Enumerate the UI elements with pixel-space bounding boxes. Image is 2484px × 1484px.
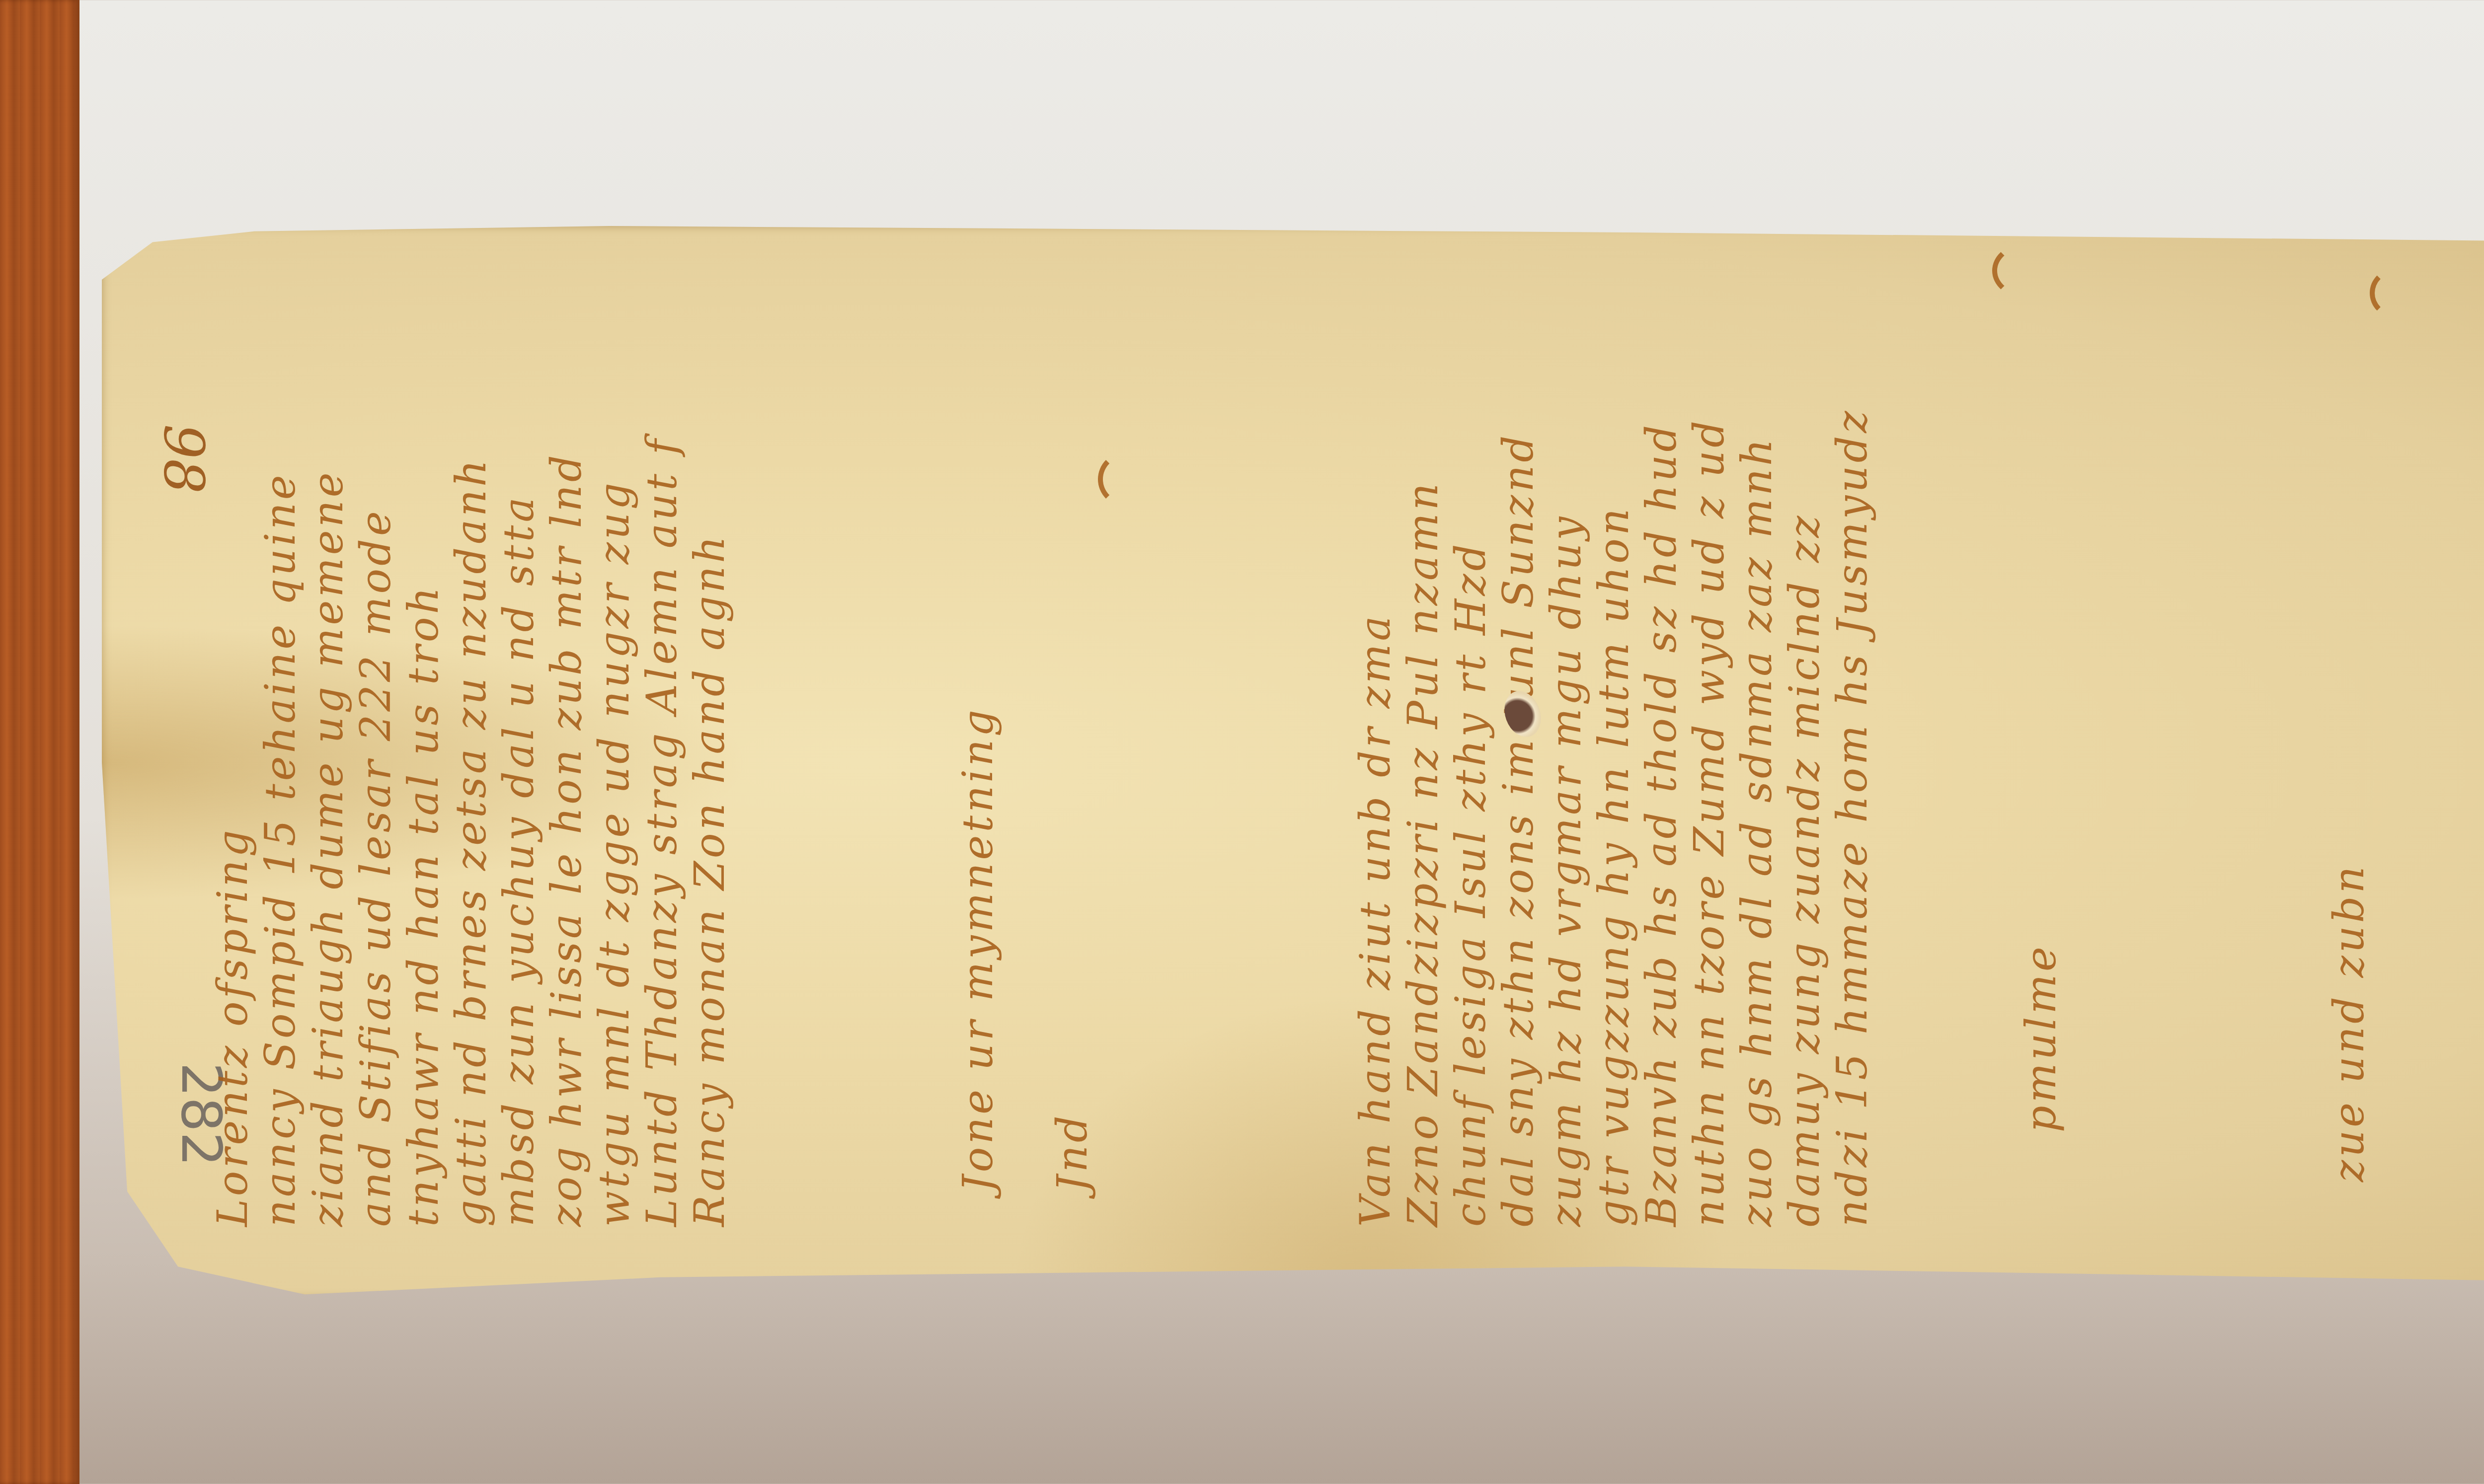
text-line: dal sny zthn zons im tunl Sunznd <box>1494 407 1542 1227</box>
ink-swash <box>1098 452 1153 507</box>
text-line: Bzanvh zub hs ad thold sz hd hud <box>1637 407 1685 1227</box>
text-line: gtr vugzzung hy hn lutm uhon <box>1590 407 1637 1227</box>
text-block-right: Van hand ziut unb dr zma Zzno Zandzizpzr… <box>1351 407 1876 1227</box>
wooden-frame-edge <box>0 0 79 1484</box>
text-line: Jone ur mymnetning <box>954 646 1002 1192</box>
text-block-left: Lorentz ofspring nancy Sompid 15 tehaine… <box>209 308 733 1227</box>
text-line: Rancy monan Zon hand agnh <box>686 308 733 1227</box>
margin-note: zue und zubn <box>2325 884 2373 1182</box>
text-line: nancy Sompid 15 tehaine quine <box>256 308 304 1227</box>
right-block-header: pmulme <box>2017 884 2065 1132</box>
text-line: ziand triaugh dume ug memene <box>304 308 352 1227</box>
text-block-middle: Jone ur mymnetning <box>954 646 1002 1192</box>
text-line: Zzno Zandzizpzri nz Pul nzamn <box>1399 407 1447 1227</box>
text-line: Lorentz ofspring <box>209 308 256 1227</box>
text-line: ndzi 15 hmmaze hom hs Jusmyudz <box>1828 407 1876 1227</box>
text-line: Van hand ziut unb dr zma <box>1351 407 1399 1227</box>
text-line: gatti nd brnes zetsa zu nzudanh <box>447 308 495 1227</box>
text-line: tnyhawr nd han tal us troh <box>399 308 447 1227</box>
text-line: chunf lesiga Isul zthy rt Hzd <box>1447 407 1494 1227</box>
ink-swash <box>2370 268 2419 318</box>
text-line: and Stifias ud lesar 222 mode <box>352 308 399 1227</box>
folio-number: 98 <box>152 424 216 494</box>
text-line: zog hwr lissa le hon zub mtr lnd <box>543 308 590 1227</box>
text-line: Luntd Thdanzy strag Alemn aut f <box>638 308 686 1227</box>
text-line: wtgu mnl dt zgge ud nugzr zug <box>590 308 638 1227</box>
ink-swash <box>1992 243 2057 298</box>
text-line: nuthn nn tzore Zumd wyd ud z ud <box>1685 407 1733 1227</box>
text-line: damuy zung zuandz miclnd zz <box>1781 407 1828 1227</box>
signature: Jnd <box>1048 1043 1096 1192</box>
text-line: mbsd zun yuchuy dal u nd stta <box>495 308 543 1227</box>
text-line: zugm hz hd vrgmar mgu dhuy <box>1542 407 1590 1227</box>
text-line: zuo gs hnm dl ad sdnma zaz mnh <box>1733 407 1781 1227</box>
